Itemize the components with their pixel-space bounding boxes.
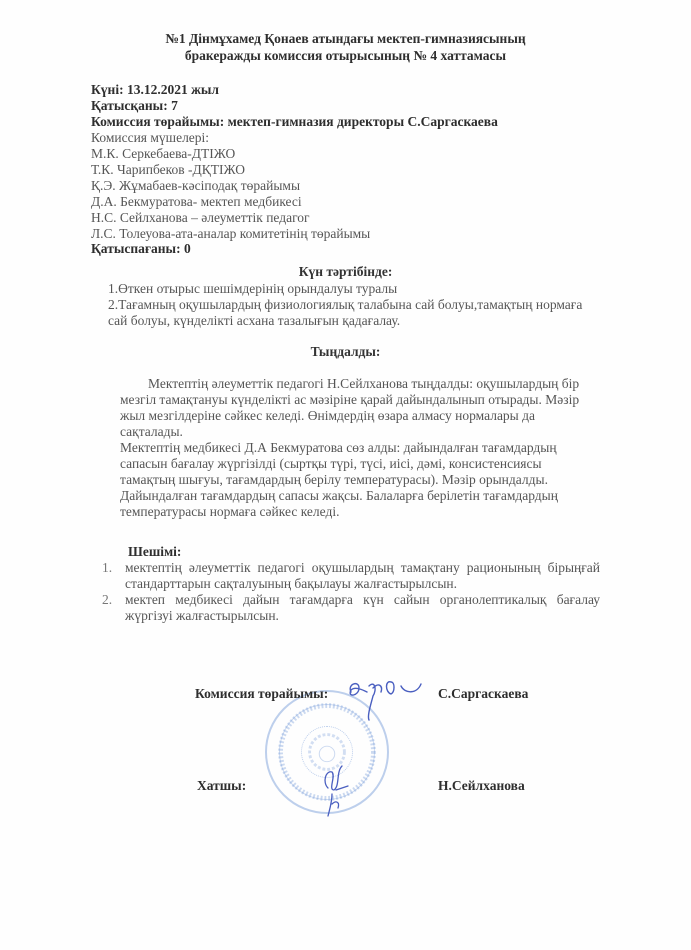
secretary-name: Н.Сейлханова: [438, 778, 525, 794]
decision-item-1-line2: стандарттарын сақталуының бақылауы жалға…: [125, 576, 457, 592]
chair-role-label: Комиссия төрайымы:: [195, 686, 328, 702]
decision-item-2-line1: мектеп медбикесі дайын тағамдарға күн са…: [125, 592, 600, 608]
heard-line: температурасы нормаға сәйкес келеді.: [120, 504, 625, 520]
heard-line: жыл мезгілдеріне сәйкес келеді. Өнімдерд…: [120, 408, 625, 424]
agenda-item-2-line1: 2.Тағамның оқушылардың физиологиялық тал…: [108, 297, 582, 313]
commission-chair: Комиссия төрайымы: мектеп-гимназия дирек…: [91, 114, 498, 130]
members-heading: Комиссия мүшелері:: [91, 130, 209, 146]
secretary-role-label: Хатшы:: [197, 778, 246, 794]
member-item: Қ.Э. Жұмабаев-кәсіподақ төрайымы: [91, 178, 300, 194]
heard-line: тамақтың шығуы, тағамдардың берілу темпе…: [120, 472, 625, 488]
member-item: Л.С. Толеуова-ата-аналар комитетінің төр…: [91, 226, 370, 242]
heard-line: Дайындалған тағамдардың сапасы жақсы. Ба…: [120, 488, 625, 504]
meeting-date: Күні: 13.12.2021 жыл: [91, 82, 219, 98]
heard-line: Мектептің медбикесі Д.А Бекмуратова сөз …: [120, 440, 625, 456]
decision-item-number: 1.: [102, 560, 112, 576]
decision-item-1-line1: мектептің әлеуметтік педагогі оқушыларды…: [125, 560, 600, 576]
heard-line: сақталады.: [120, 424, 625, 440]
document-title-line1: №1 Дінмұхамед Қонаев атындағы мектеп-гим…: [0, 30, 691, 47]
absent-count: Қатыспағаны: 0: [91, 241, 191, 257]
chair-signature-icon: [345, 676, 425, 726]
decision-item-number: 2.: [102, 592, 112, 608]
heard-heading: Тыңдалды:: [0, 344, 691, 360]
heard-line: сапасын бағалау жүргізілді (сыртқы түрі,…: [120, 456, 625, 472]
attendance-count: Қатысқаны: 7: [91, 98, 178, 114]
member-item: Т.К. Чарипбеков -ДҚТІЖО: [91, 162, 245, 178]
member-item: Н.С. Сейлханова – әлеуметтік педагог: [91, 210, 310, 226]
document-title-line2: бракеражды комиссия отырысының № 4 хатта…: [0, 47, 691, 64]
secretary-signature-icon: [318, 762, 358, 818]
agenda-item-1: 1.Өткен отырыс шешімдерінің орындалуы ту…: [108, 281, 397, 297]
chair-name: С.Саргаскаева: [438, 686, 528, 702]
heard-line: Мектептің әлеуметтік педагогі Н.Сейлхано…: [120, 376, 640, 392]
member-item: М.К. Серкебаева-ДТІЖО: [91, 146, 235, 162]
decision-item-2-line2: жүргізуі жалғастырылсын.: [125, 608, 279, 624]
agenda-item-2-line2: сай болуы, күнделікті асхана тазалығын қ…: [108, 313, 400, 329]
decision-heading: Шешімі:: [128, 544, 181, 560]
heard-line: мезгіл тамақтануы күнделікті ас мәзіріне…: [120, 392, 625, 408]
agenda-heading: Күн тәртібінде:: [0, 264, 691, 280]
member-item: Д.А. Бекмуратова- мектеп медбикесі: [91, 194, 302, 210]
